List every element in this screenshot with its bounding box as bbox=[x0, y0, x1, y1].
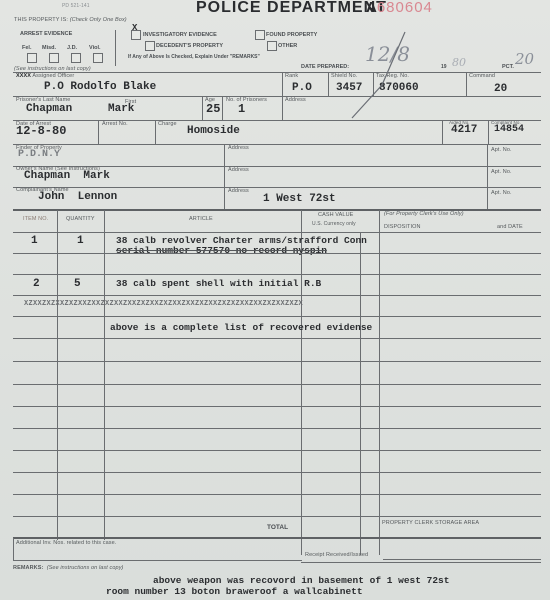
rule bbox=[13, 187, 541, 188]
complaint-no-value[interactable]: 14854 bbox=[494, 124, 524, 135]
item-1-article-line2: serial number 577570 no record nyspin bbox=[116, 245, 327, 256]
finder-address-label: Address bbox=[228, 145, 249, 151]
form-number: PD 521-141 bbox=[62, 3, 90, 9]
num-prisoners-value[interactable]: 1 bbox=[238, 102, 245, 116]
finder-value[interactable]: P.D.N.Y bbox=[18, 149, 60, 160]
arrest-no-label: Arrest No. bbox=[102, 121, 128, 127]
and-date-header: and DATE bbox=[497, 224, 523, 230]
complainant-address-value[interactable]: 1 West 72st bbox=[263, 193, 336, 205]
other-checkbox[interactable] bbox=[267, 41, 277, 51]
num-prisoners-label: No. of Prisoners bbox=[226, 97, 267, 103]
finder-apt-label: Apt. No. bbox=[491, 147, 512, 153]
rule bbox=[466, 72, 467, 96]
header-divider bbox=[115, 30, 116, 66]
prisoner-first-value[interactable]: Mark bbox=[108, 103, 134, 115]
handwritten-slash-mark bbox=[300, 30, 420, 120]
clerk-use-note: (For Property Clerk's Use Only) bbox=[384, 211, 464, 217]
rule bbox=[155, 120, 156, 144]
date-of-arrest-value[interactable]: 12-8-80 bbox=[16, 124, 66, 138]
misd-checkbox[interactable] bbox=[49, 53, 59, 63]
item-1-number: 1 bbox=[31, 235, 38, 247]
serial-prefix: A bbox=[366, 0, 377, 16]
remarks-line-2: room number 13 boton braweroof a wallcab… bbox=[106, 586, 363, 597]
rank-label: Rank bbox=[285, 73, 298, 79]
article-header: ARTICLE bbox=[189, 216, 213, 222]
prisoner-last-name-value[interactable]: Chapman bbox=[26, 103, 72, 115]
complete-list-note: above is a complete list of recovered ev… bbox=[110, 322, 372, 333]
arrest-subtype-jd: J.D. bbox=[67, 45, 77, 51]
pct-label: PCT. bbox=[502, 64, 514, 70]
rule bbox=[57, 210, 58, 540]
complainant-address-label: Address bbox=[228, 188, 249, 194]
item-no-header: ITEM NO. bbox=[23, 216, 48, 222]
item-2-quantity: 5 bbox=[74, 278, 81, 290]
arrest-subtype-fel: Fel. bbox=[22, 45, 31, 51]
disposition-header: DISPOSITION bbox=[384, 224, 421, 230]
rule bbox=[104, 210, 105, 540]
item-2-article: 38 calb spent shell with initial R.B bbox=[116, 278, 321, 289]
year-value[interactable]: 80 bbox=[452, 56, 466, 69]
rule bbox=[282, 72, 283, 96]
page-title: POLICE DEPARTMENT bbox=[196, 0, 387, 17]
found-property-checkbox[interactable] bbox=[255, 30, 265, 40]
jd-checkbox[interactable] bbox=[71, 53, 81, 63]
rule bbox=[224, 144, 225, 210]
rule bbox=[488, 120, 489, 144]
age-value[interactable]: 25 bbox=[206, 102, 220, 116]
cash-value-subheader: U.S. Currency only bbox=[312, 221, 356, 227]
property-invoice-form: PD 521-141 POLICE DEPARTMENT A680604 THI… bbox=[0, 0, 550, 600]
rule bbox=[442, 120, 443, 144]
rule bbox=[13, 316, 541, 317]
command-value[interactable]: 20 bbox=[494, 83, 507, 95]
assigned-officer-value[interactable]: P.O Rodolfo Blake bbox=[44, 81, 156, 93]
complainant-apt-label: Apt. No. bbox=[491, 190, 512, 196]
fel-checkbox[interactable] bbox=[27, 53, 37, 63]
rule bbox=[222, 96, 223, 120]
arrest-subtype-misd: Misd. bbox=[42, 45, 56, 51]
investigatory-evidence-label: INVESTIGATORY EVIDENCE bbox=[143, 32, 217, 38]
aided-no-value[interactable]: 4217 bbox=[451, 124, 477, 136]
rule bbox=[13, 338, 541, 339]
serial-digits: 680604 bbox=[377, 0, 433, 16]
rule bbox=[13, 384, 541, 385]
pct-value[interactable]: 20 bbox=[515, 50, 534, 68]
item-2-number: 2 bbox=[33, 278, 40, 290]
serial-number: A680604 bbox=[366, 0, 433, 17]
rule bbox=[13, 406, 541, 407]
rule bbox=[360, 233, 361, 555]
rule bbox=[98, 120, 99, 144]
strikeout-fill-line: XZXXZXZXXZXZXXZXXZXZXXZXXZXZXXZXZXXZXXZX… bbox=[24, 300, 534, 308]
owner-address-label: Address bbox=[228, 167, 249, 173]
year-prefix: 19 bbox=[441, 64, 447, 70]
rule bbox=[13, 72, 541, 73]
command-label: Command bbox=[469, 73, 495, 79]
additional-inv-label: Additional Inv. Nos. related to this cas… bbox=[16, 540, 116, 546]
rule bbox=[13, 450, 541, 451]
decedents-property-label: DECEDENT'S PROPERTY bbox=[156, 43, 223, 49]
rule bbox=[13, 253, 541, 254]
rule bbox=[13, 232, 541, 233]
rule bbox=[13, 494, 541, 495]
rule bbox=[13, 96, 541, 97]
quantity-header: QUANTITY bbox=[66, 216, 95, 222]
rule bbox=[13, 472, 541, 473]
owner-apt-label: Apt. No. bbox=[491, 169, 512, 175]
investigatory-check-mark: X bbox=[132, 23, 137, 33]
cash-value-header: CASH VALUE bbox=[318, 212, 353, 218]
remarks-line-1: above weapon was recovord in basement of… bbox=[153, 575, 449, 586]
viol-checkbox[interactable] bbox=[93, 53, 103, 63]
rule bbox=[13, 428, 541, 429]
arrest-subtype-viol: Viol. bbox=[89, 45, 101, 51]
rule bbox=[13, 274, 541, 275]
receipt-signature-line bbox=[383, 559, 541, 560]
owner-value[interactable]: Chapman Mark bbox=[24, 170, 110, 182]
rule bbox=[13, 144, 541, 145]
receipt-label: Receipt Received/Issued bbox=[305, 552, 368, 558]
total-label: TOTAL bbox=[267, 524, 288, 531]
decedents-property-checkbox[interactable] bbox=[145, 41, 155, 51]
rule bbox=[13, 361, 541, 362]
rule bbox=[487, 144, 488, 210]
rule bbox=[13, 295, 541, 296]
remarks-label-group: REMARKS: (See instructions on last copy) bbox=[13, 565, 124, 571]
charge-label: Charge bbox=[158, 121, 177, 127]
rule bbox=[282, 96, 283, 120]
complainant-value[interactable]: John Lennon bbox=[38, 191, 117, 203]
property-is-label: THIS PROPERTY IS: (Check Only One Box) bbox=[14, 17, 127, 23]
rule bbox=[202, 96, 203, 120]
storage-area-label: PROPERTY CLERK STORAGE AREA bbox=[382, 520, 479, 526]
rule bbox=[301, 562, 541, 563]
rule bbox=[13, 516, 541, 517]
explain-note: If Any of Above Is Checked, Explain Unde… bbox=[128, 54, 260, 60]
assigned-officer-label: XXXX Assigned Officer bbox=[16, 73, 74, 79]
rule bbox=[301, 210, 302, 555]
charge-value[interactable]: Homoside bbox=[187, 125, 240, 137]
arrest-evidence-label: ARREST EVIDENCE bbox=[20, 31, 72, 37]
other-label: OTHER bbox=[278, 43, 297, 49]
item-1-quantity: 1 bbox=[77, 235, 84, 247]
rule bbox=[379, 210, 380, 555]
